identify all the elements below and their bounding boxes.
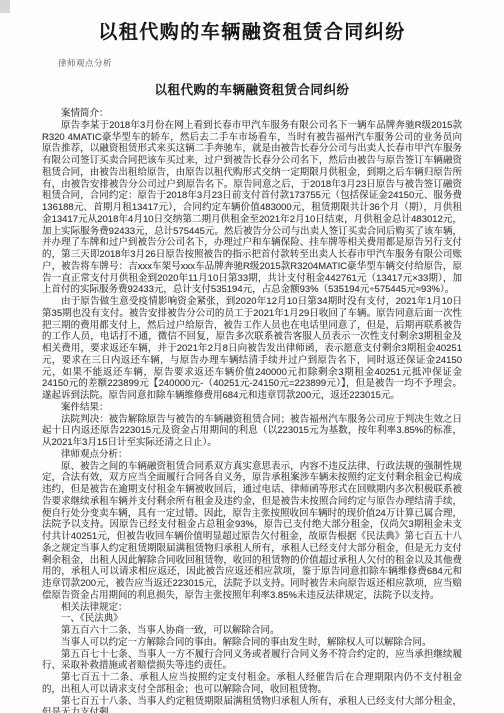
section-heading-case-result: 案件结果： — [42, 402, 462, 414]
page-title: 以租代购的车辆融资租赁合同纠纷 — [0, 0, 504, 44]
section-heading-legal-provisions: 相关法律规定： — [42, 602, 462, 614]
section-heading-case-intro: 案情简介： — [42, 108, 462, 120]
legal-provision-item: 第七百五十二条、承租人应当按照约定支付租金。承租人经催告后在合理期限内仍不支付租… — [42, 672, 462, 696]
document-page: 以租代购的车辆融资租赁合同纠纷 律师观点分析 以租代购的车辆融资租赁合同纠纷 案… — [0, 0, 504, 713]
section-heading-lawyer-analysis: 律师观点分析： — [42, 449, 462, 461]
legal-provision-item: 一、《民法典》 — [42, 613, 462, 625]
byline: 律师观点分析 — [58, 57, 504, 69]
lawyer-analysis-paragraph: 原、被告之间的车辆融资租赁合同系双方真实意思表示，内容不违反法律、行政法规的强制… — [42, 461, 462, 602]
legal-provision-item: 第五百七十七条、当事人一方不履行合同义务或者履行合同义务不符合约定的，应当承担继… — [42, 649, 462, 673]
case-result-paragraph: 法院判决：被告解除原告与被告的车辆融资租赁合同；被告福州汽车服务公司应于判决生效… — [42, 414, 462, 449]
legal-provision-item: 第五百六十二条、当事人协商一致，可以解除合同。 — [42, 625, 462, 637]
scan-artifact — [0, 0, 10, 13]
case-intro-paragraph-1: 原告李某于2018年3月份在网上看到长春市甲汽车服务有限公司名下一辆车品牌奔驰R… — [42, 120, 462, 296]
legal-provision-item: 第七百五十八条、当事人约定租赁期限届满租赁物归承租人所有，承租人已经支付大部分租… — [42, 696, 462, 713]
case-intro-paragraph-2: 由于原告做生意受疫情影响资金紧张，到2020年12月10日第34期时没有支付，2… — [42, 296, 462, 402]
legal-provision-item: 当事人可以约定一方解除合同的事由。解除合同的事由发生时，解除权人可以解除合同。 — [42, 637, 462, 649]
article-title: 以租代购的车辆融资租赁合同纠纷 — [0, 80, 504, 98]
article-body: 案情简介： 原告李某于2018年3月份在网上看到长春市甲汽车服务有限公司名下一辆… — [42, 108, 462, 713]
